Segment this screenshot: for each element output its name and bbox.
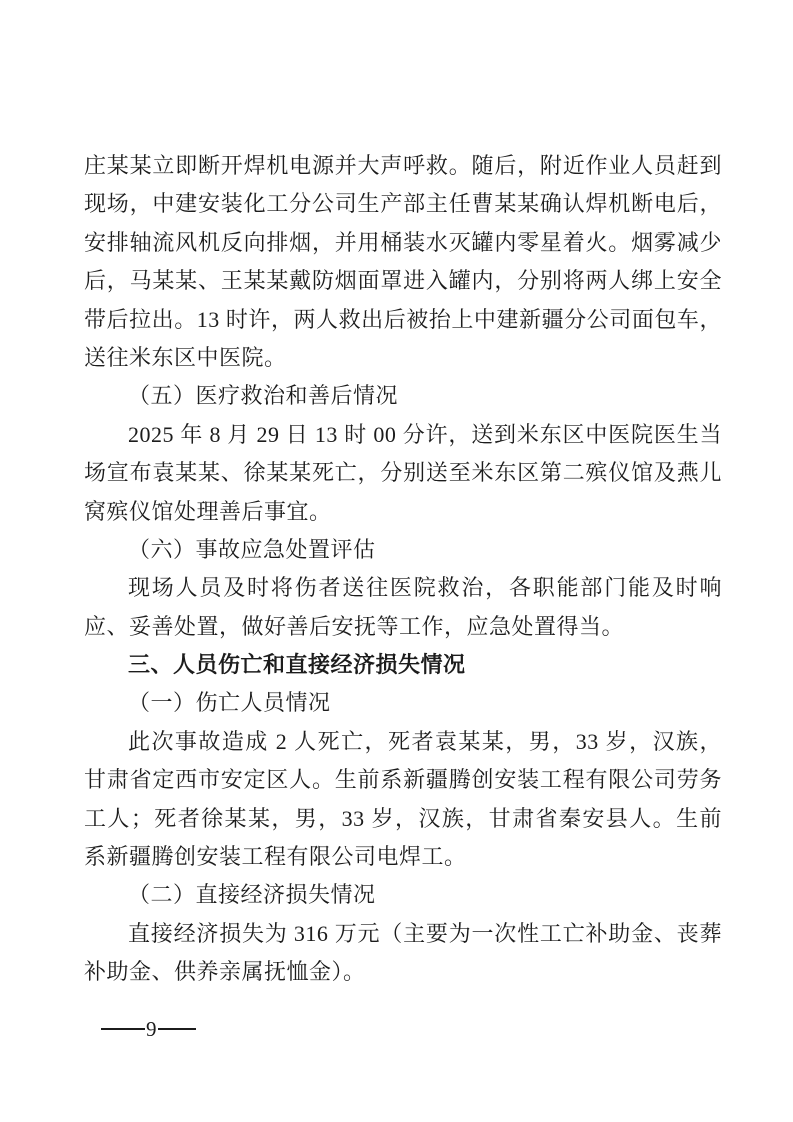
text-line: 安排轴流风机反向排烟，并用桶装水灭罐内零星着火。烟雾减少 <box>84 224 722 262</box>
page-number-rule-right <box>158 1028 196 1030</box>
text-line: 系新疆腾创安装工程有限公司电焊工。 <box>84 838 722 876</box>
text-line: 后，马某某、王某某戴防烟面罩进入罐内，分别将两人绑上安全 <box>84 262 722 300</box>
text-line: 场宣布袁某某、徐某某死亡，分别送至米东区第二殡仪馆及燕儿 <box>84 454 722 492</box>
page-footer: 9 <box>101 1015 196 1043</box>
text-line: 应、妥善处置，做好善后安抚等工作，应急处置得当。 <box>84 608 722 646</box>
text-line: （五）医疗救治和善后情况 <box>84 377 722 415</box>
text-line: （六）事故应急处置评估 <box>84 531 722 569</box>
document-body: 庄某某立即断开焊机电源并大声呼救。随后，附近作业人员赶到现场，中建安装化工分公司… <box>84 147 722 992</box>
text-line: 现场人员及时将伤者送往医院救治，各职能部门能及时响 <box>84 569 722 607</box>
text-line: 庄某某立即断开焊机电源并大声呼救。随后，附近作业人员赶到 <box>84 147 722 185</box>
text-line: 此次事故造成 2 人死亡，死者袁某某，男，33 岁，汉族， <box>84 723 722 761</box>
text-line: 窝殡仪馆处理善后事宜。 <box>84 493 722 531</box>
text-line: （一）伤亡人员情况 <box>84 684 722 722</box>
text-line: 送往米东区中医院。 <box>84 339 722 377</box>
text-line: 直接经济损失为 316 万元（主要为一次性工亡补助金、丧葬 <box>84 915 722 953</box>
page-number: 9 <box>145 1015 158 1043</box>
text-line: 现场，中建安装化工分公司生产部主任曹某某确认焊机断电后， <box>84 185 722 223</box>
text-line: 带后拉出。13 时许，两人救出后被抬上中建新疆分公司面包车， <box>84 301 722 339</box>
document-page: 庄某某立即断开焊机电源并大声呼救。随后，附近作业人员赶到现场，中建安装化工分公司… <box>0 0 793 1122</box>
text-line: 2025 年 8 月 29 日 13 时 00 分许，送到米东区中医院医生当 <box>84 416 722 454</box>
text-line: 补助金、供养亲属抚恤金）。 <box>84 953 722 991</box>
text-line: 三、人员伤亡和直接经济损失情况 <box>84 646 722 684</box>
page-number-rule-left <box>101 1028 145 1030</box>
text-line: 甘肃省定西市安定区人。生前系新疆腾创安装工程有限公司劳务 <box>84 761 722 799</box>
text-line: 工人；死者徐某某，男，33 岁，汉族，甘肃省秦安县人。生前 <box>84 800 722 838</box>
text-line: （二）直接经济损失情况 <box>84 876 722 914</box>
